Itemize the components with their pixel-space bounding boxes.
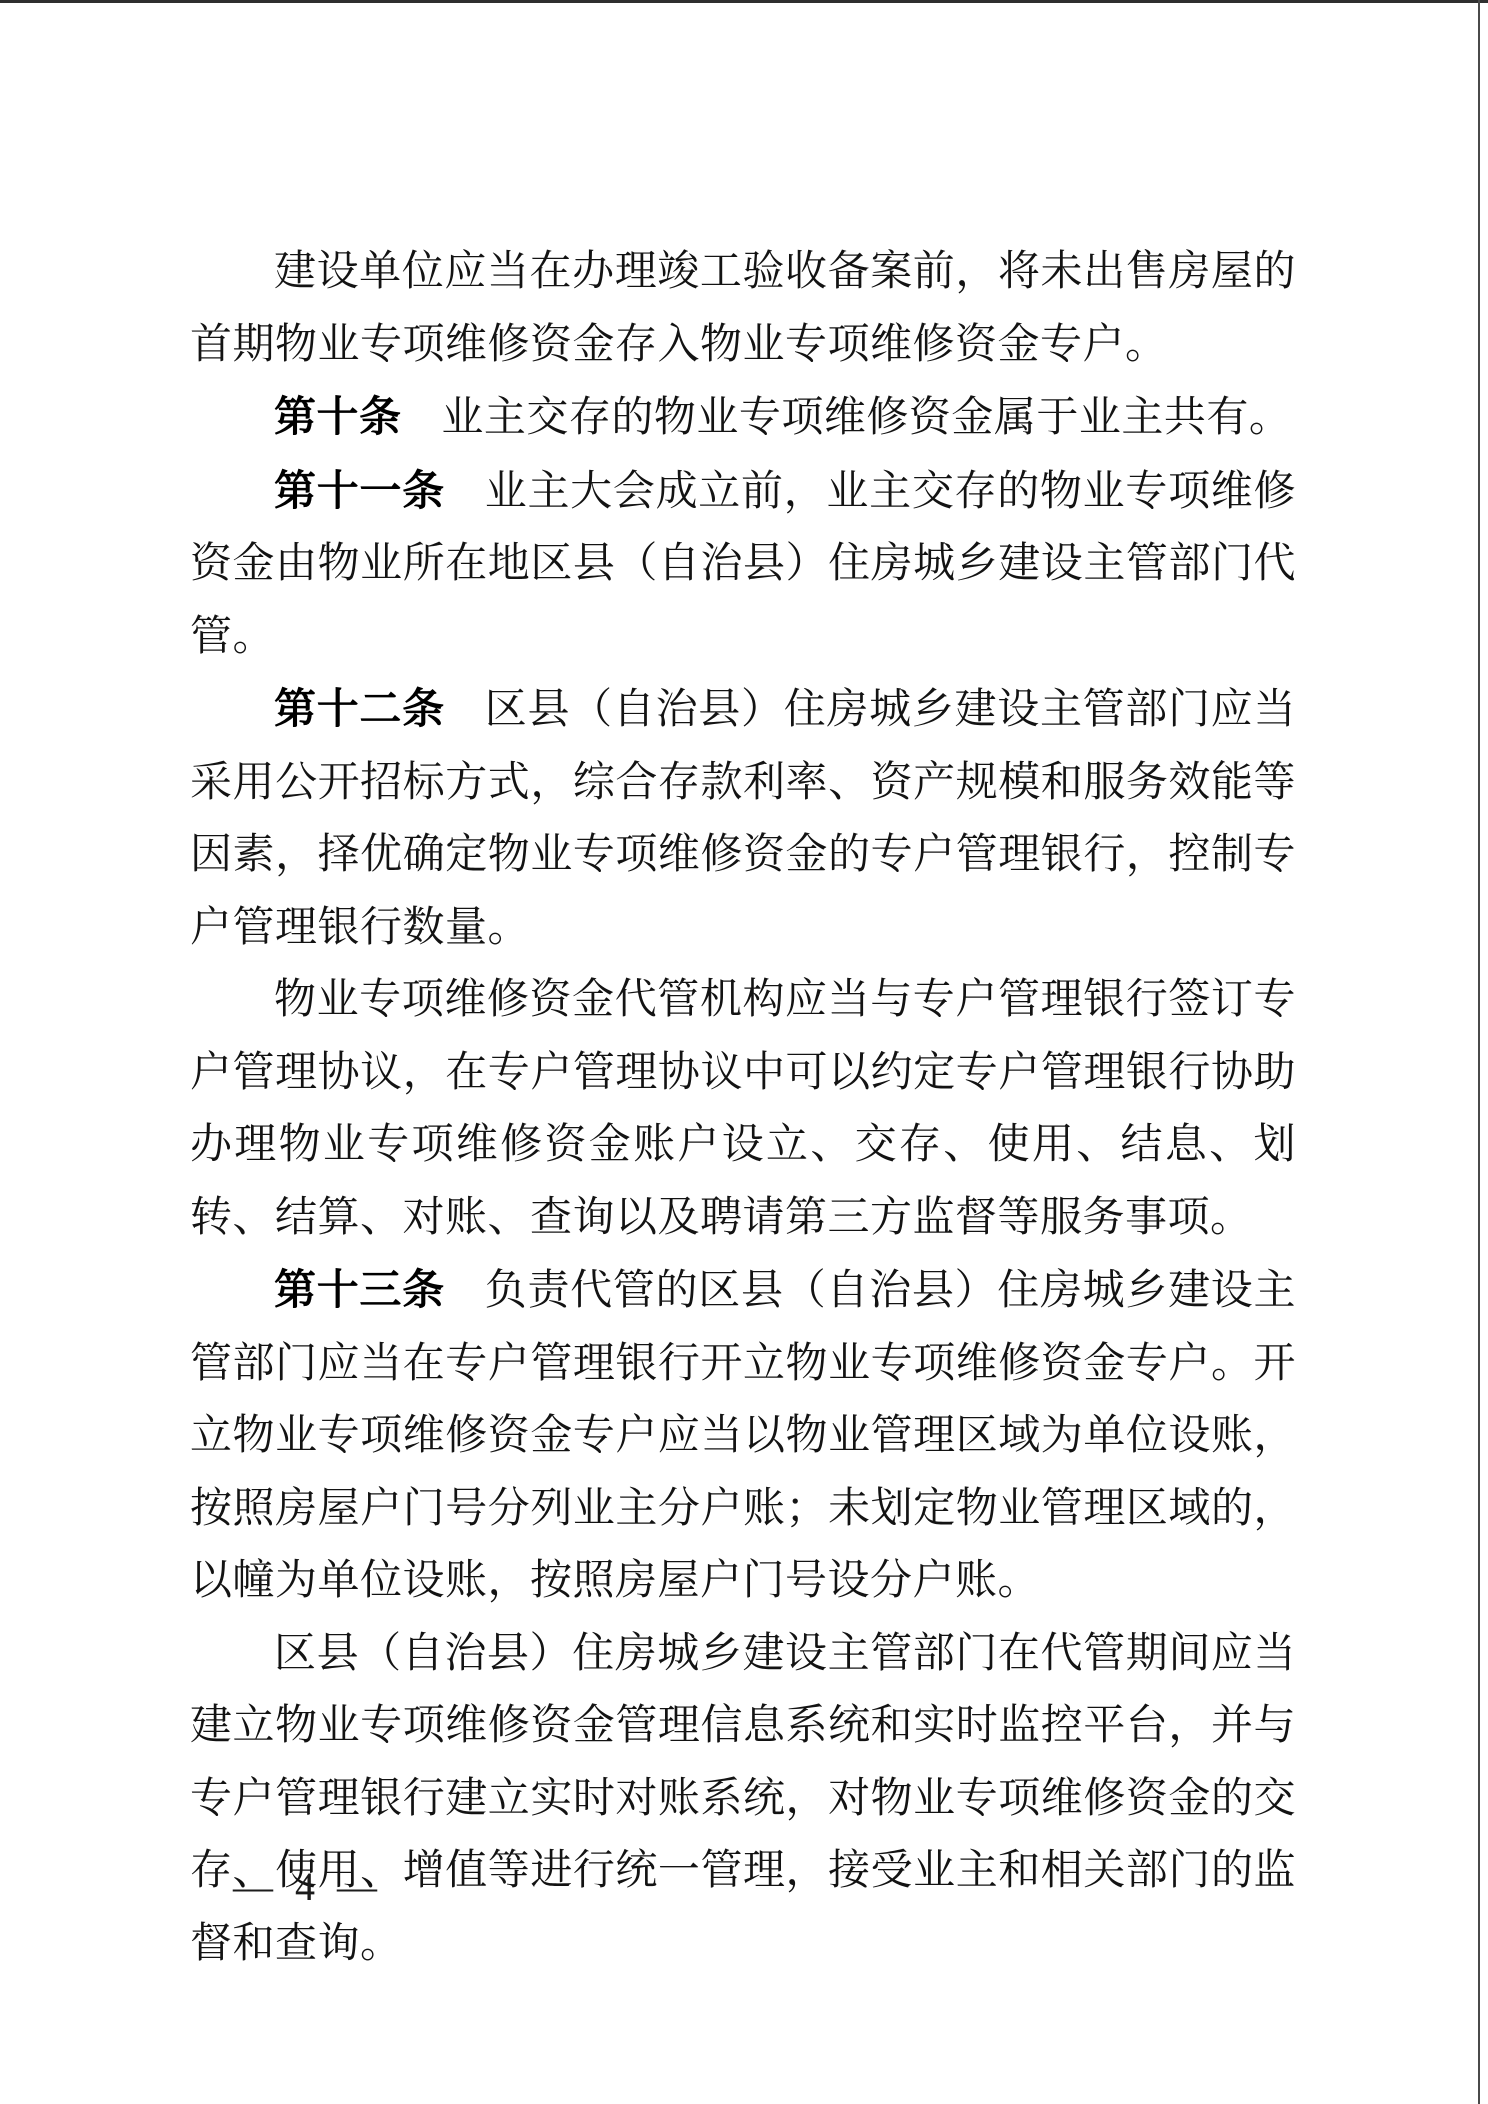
article-number-heading: 第十二条 bbox=[274, 685, 445, 732]
document-body: 建设单位应当在办理竣工验收备案前，将未出售房屋的首期物业专项维修资金存入物业专项… bbox=[190, 236, 1296, 1980]
paragraph-text: 物业专项维修资金代管机构应当与专户管理银行签订专户管理协议，在专户管理协议中可以… bbox=[190, 977, 1296, 1241]
paragraph-escrow-agreement: 物业专项维修资金代管机构应当与专户管理银行签订专户管理协议，在专户管理协议中可以… bbox=[190, 964, 1296, 1254]
paragraph-article-11: 第十一条业主大会成立前，业主交存的物业专项维修资金由物业所在地区县（自治县）住房… bbox=[190, 455, 1296, 674]
paragraph-article-12: 第十二条区县（自治县）住房城乡建设主管部门应当采用公开招标方式，综合存款利率、资… bbox=[190, 673, 1296, 964]
scan-edge-right-line bbox=[1478, 0, 1480, 2104]
paragraph-supervision-system: 区县（自治县）住房城乡建设主管部门在代管期间应当建立物业专项维修资金管理信息系统… bbox=[190, 1618, 1296, 1981]
paragraph-text: 区县（自治县）住房城乡建设主管部门在代管期间应当建立物业专项维修资金管理信息系统… bbox=[190, 1631, 1296, 1967]
article-number-heading: 第十条 bbox=[274, 393, 402, 440]
scan-edge-top-line bbox=[0, 0, 1488, 3]
paragraph-article-10: 第十条业主交存的物业专项维修资金属于业主共有。 bbox=[190, 381, 1296, 455]
paragraph-article-13: 第十三条负责代管的区县（自治县）住房城乡建设主管部门应当在专户管理银行开立物业专… bbox=[190, 1254, 1296, 1618]
paragraph-building-unit-deposit: 建设单位应当在办理竣工验收备案前，将未出售房屋的首期物业专项维修资金存入物业专项… bbox=[190, 236, 1296, 381]
paragraph-text: 负责代管的区县（自治县）住房城乡建设主管部门应当在专户管理银行开立物业专项维修资… bbox=[190, 1268, 1296, 1604]
page-number: — 4 — bbox=[233, 1862, 383, 1912]
paragraph-text: 业主交存的物业专项维修资金属于业主共有。 bbox=[441, 395, 1291, 441]
article-number-heading: 第十三条 bbox=[274, 1266, 445, 1313]
document-page: 建设单位应当在办理竣工验收备案前，将未出售房屋的首期物业专项维修资金存入物业专项… bbox=[0, 0, 1488, 2104]
paragraph-text: 建设单位应当在办理竣工验收备案前，将未出售房屋的首期物业专项维修资金存入物业专项… bbox=[190, 249, 1296, 368]
article-number-heading: 第十一条 bbox=[274, 467, 445, 514]
